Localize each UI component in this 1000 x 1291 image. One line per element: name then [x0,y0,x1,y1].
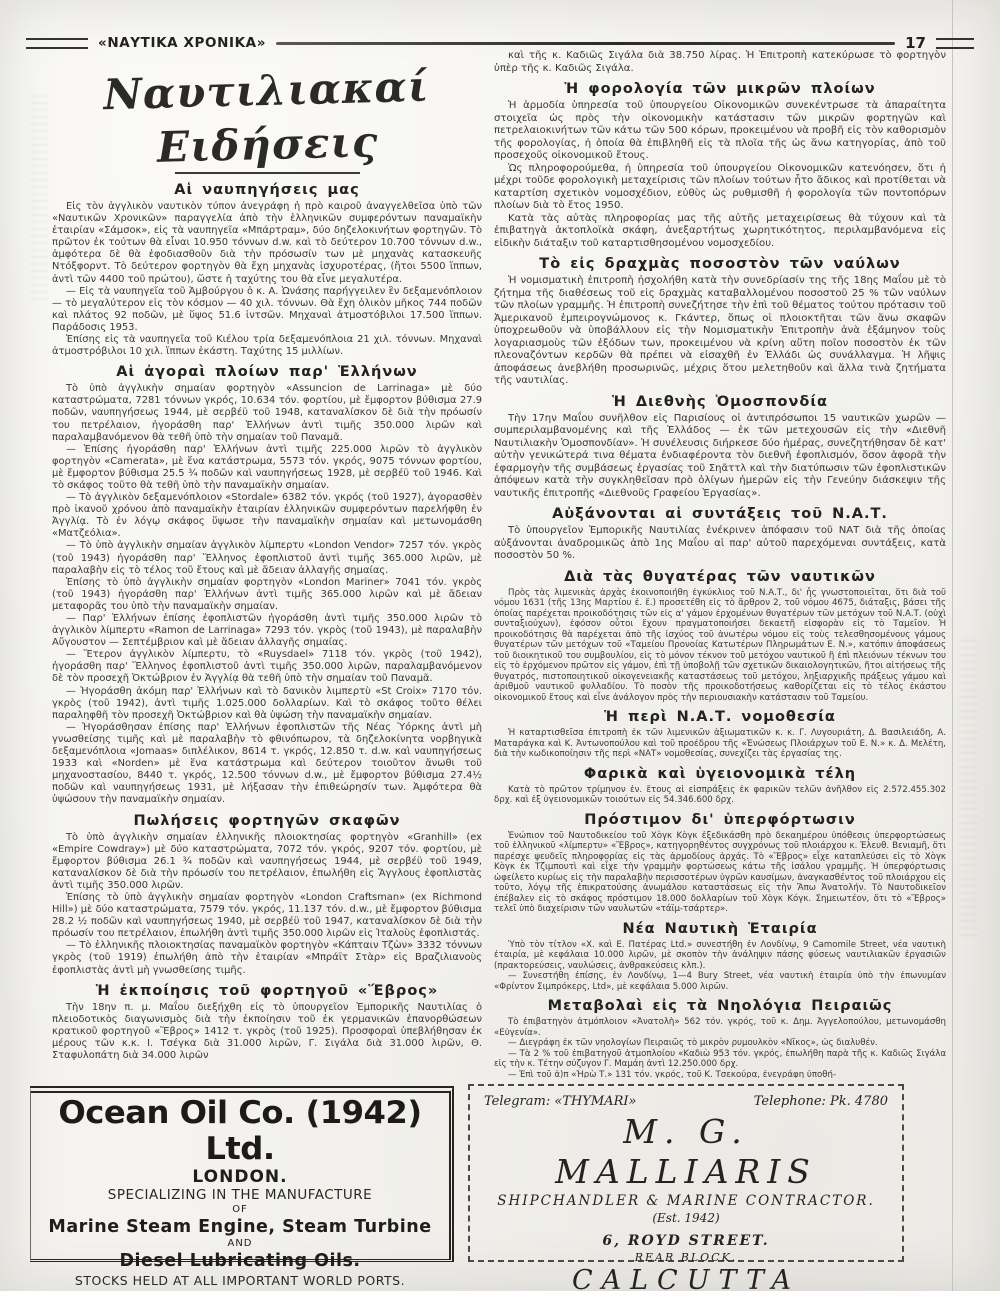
ocean-oil-products-line2: Diesel Lubricating Oils. [31,1250,449,1272]
body-paragraph: Κατὰ τὰς αὐτὰς πληροφορίας μας τῆς αὐτῆς… [494,213,946,251]
section-heading: Τὸ εἰς δραχμὰς ποσοστὸν τῶν ναύλων [494,255,946,273]
section-heading: Μεταβολαὶ εἰς τὰ Νηολόγια Πειραιῶς [494,997,946,1015]
body-paragraph: Ὑπὸ τὸν τίτλον «Χ. καὶ Ε. Πατέρας Ltd.» … [494,940,946,972]
section-heading: Αἱ ναυπηγήσεις μας [52,181,482,199]
body-paragraph: Τὴν 17ην Μαΐου συνῆλθον εἰς Παρισίους οἱ… [494,413,946,501]
section-heading: Ἡ φορολογία τῶν μικρῶν πλοίων [494,80,946,98]
section-heading: Ἡ Διεθνὴς Ὁμοσπονδία [494,393,946,411]
right-column: καὶ τῆς κ. Καδιῶς Σιγάλα διὰ 38.750 λίρα… [494,50,946,1078]
body-paragraph: — Εἰς τὰ ναυπηγεῖα τοῦ Ἀμβούργου ὁ κ. Α.… [52,286,482,334]
section-heading: Πρόστιμον δι' ὑπερφόρτωσιν [494,811,946,829]
bleedthrough-ghost [30,95,48,305]
ocean-oil-city: LONDON. [31,1167,449,1187]
body-paragraph: Τὸ ἐπιβατηγὸν ἀτμόπλοιον «Ἀνατολὴ» 562 τ… [494,1017,946,1038]
page-title-script: Ναυτιλιακαί Ειδήσεις [52,64,482,178]
ocean-oil-products-line1: Marine Steam Engine, Steam Turbine [31,1216,449,1238]
body-paragraph: — Τὸ ἑλληνικῆς πλοιοκτησίας παναμαϊκὸν φ… [52,940,482,976]
section-heading: Φαρικὰ καὶ ὑγειονομικὰ τέλη [494,765,946,783]
section-heading: Αἱ ἀγοραὶ πλοίων παρ' Ἑλλήνων [52,363,482,381]
body-paragraph: Ἐπίσης τὸ ὑπὸ ἀγγλικὴν σημαίαν φορτηγὸν … [52,577,482,613]
body-paragraph: — Συνεστήθη ἐπίσης, ἐν Λονδίνῳ, 1—4 Bury… [494,971,946,992]
body-paragraph: — Τὰ 2 % τοῦ ἐπιβατηγοῦ ἀτμοπλοίου «Καδι… [494,1049,946,1070]
body-paragraph: Τὸ ὑπὸ ἀγγλικὴν σημαίαν φορτηγὸν «Assunc… [52,383,482,443]
page-edge-line [952,0,953,1291]
body-paragraph: — Παρ' Ἑλλήνων ἐπίσης ἐφοπλιστῶν ἠγοράσθ… [52,613,482,649]
body-paragraph: Ἐνώπιον τοῦ Ναυτοδικείου τοῦ Χὸγκ Κὸγκ ἐ… [494,831,946,915]
ocean-oil-of: OF [31,1204,449,1216]
ocean-oil-advertisement: Ocean Oil Co. (1942) Ltd. LONDON. SPECIA… [30,1086,454,1262]
ocean-oil-specializing: SPECIALIZING IN THE MANUFACTURE [31,1187,449,1204]
malliaris-street: 6, ROYD STREET. [484,1231,888,1251]
body-paragraph: Ἐπίσης τὸ ὑπὸ ἀγγλικὴν σημαίαν φορτηγὸν … [52,892,482,940]
malliaris-block: REAR BLOCK. [484,1251,888,1265]
left-column: Ναυτιλιακαί Ειδήσεις Αἱ ναυπηγήσεις μαςΕ… [52,64,482,1078]
body-paragraph: — Ἐπὶ τοῦ ἀ)π «Ἡρὼ Τ.» 131 τόν. γκρός, τ… [494,1070,946,1079]
body-paragraph: Πρὸς τὰς λιμενικὰς ἀρχὰς ἐκοινοποιήθη ἐγ… [494,588,946,704]
malliaris-telephone: Telephone: Pk. 4780 [754,1094,888,1110]
header-rule-center [276,42,895,45]
section-heading: Ἡ ἐκποίησις τοῦ φορτηγοῦ «Ἕβρος» [52,982,482,1000]
section-heading: Ἡ περὶ Ν.Α.Τ. νομοθεσία [494,708,946,726]
header-rule-right [936,38,974,49]
body-paragraph: Τὸ ὑπὸ ἀγγλικὴν σημαίαν ἑλληνικῆς πλοιοκ… [52,832,482,892]
malliaris-subtitle: SHIPCHANDLER & MARINE CONTRACTOR. [484,1192,888,1210]
section-heading: Πωλήσεις φορτηγῶν σκαφῶν [52,812,482,830]
malliaris-name: M. G. MALLIARIS [484,1112,888,1192]
section-heading: Αὐξάνονται αἱ συντάξεις τοῦ Ν.Α.Τ. [494,505,946,523]
scanned-page: «ΝΑΥΤΙΚΑ ΧΡΟΝΙΚΑ» 17 Ναυτιλιακαί Ειδήσει… [0,0,1000,1291]
body-paragraph: — Διεγράφη ἐκ τῶν νηολογίων Πειραιῶς τὸ … [494,1038,946,1049]
body-paragraph: Ἐπίσης εἰς τὰ ναυπηγεῖα τοῦ Κιέλου τρία … [52,334,482,358]
body-paragraph: — Ἠγοράσθη ἀκόμη παρ' Ἑλλήνων καὶ τὸ δαν… [52,686,482,722]
body-paragraph: Ἡ νομισματικὴ ἐπιτροπὴ ἠσχολήθη κατὰ τὴν… [494,275,946,388]
body-paragraph: Ἡ ἁρμοδία ὑπηρεσία τοῦ ὑπουργείου Οἰκονο… [494,100,946,163]
malliaris-telegram: Telegram: «THYMARI» [484,1094,636,1110]
body-paragraph: Εἰς τὸν ἀγγλικὸν ναυτικὸν τύπον ἀνεγράφη… [52,201,482,286]
body-paragraph: Τὸ ὑπουργεῖον Ἐμπορικῆς Ναυτιλίας ἐνέκρι… [494,525,946,563]
malliaris-city: CALCUTTA [484,1265,888,1291]
ocean-oil-title: Ocean Oil Co. (1942) Ltd. [23,1095,458,1167]
ocean-oil-stocks: STOCKS HELD AT ALL IMPORTANT WORLD PORTS… [31,1272,449,1290]
body-paragraph: — Ἐπίσης ἠγοράσθη παρ' Ἑλλήνων ἀντὶ τιμῆ… [52,444,482,492]
body-paragraph: Κατὰ τὸ πρῶτον τρίμηνον ἐν. ἔτους αἱ εἰσ… [494,785,946,806]
ocean-oil-and: AND [31,1238,449,1250]
malliaris-advertisement: Telegram: «THYMARI» Telephone: Pk. 4780 … [468,1084,904,1262]
body-paragraph: Ὡς πληροφορούμεθα, ἡ ὑπηρεσία τοῦ ὑπουργ… [494,163,946,213]
bleedthrough-ghost [958,640,978,940]
body-paragraph: καὶ τῆς κ. Καδιῶς Σιγάλα διὰ 38.750 λίρα… [494,50,946,75]
malliaris-established: (Est. 1942) [484,1210,888,1227]
body-paragraph: Τὴν 18ην π. μ. Μαΐου διεξήχθη εἰς τὸ ὑπο… [52,1002,482,1062]
body-paragraph: — Τὸ ἀγγλικὸν δεξαμενόπλοιον «Stordale» … [52,492,482,540]
body-paragraph: — Τὸ ὑπὸ ἀγγλικὴν σημαίαν ἀγγλικὸν λίμπε… [52,540,482,576]
body-paragraph: Ἡ καταρτισθεῖσα ἐπιτροπὴ ἐκ τῶν λιμενικῶ… [494,728,946,760]
section-heading: Διὰ τὰς θυγατέρας τῶν ναυτικῶν [494,568,946,586]
header-rule-left [26,38,88,49]
section-heading: Νέα Ναυτικὴ Ἑταιρία [494,920,946,938]
body-paragraph: — Ἠγοράσθησαν ἐπίσης παρ' Ἑλλήνων ἐφοπλι… [52,722,482,807]
body-paragraph: — Ἕτερον ἀγγλικὸν λίμπερτυ, τὸ «Ruysdael… [52,649,482,685]
publication-title: «ΝΑΥΤΙΚΑ ΧΡΟΝΙΚΑ» [98,35,266,51]
